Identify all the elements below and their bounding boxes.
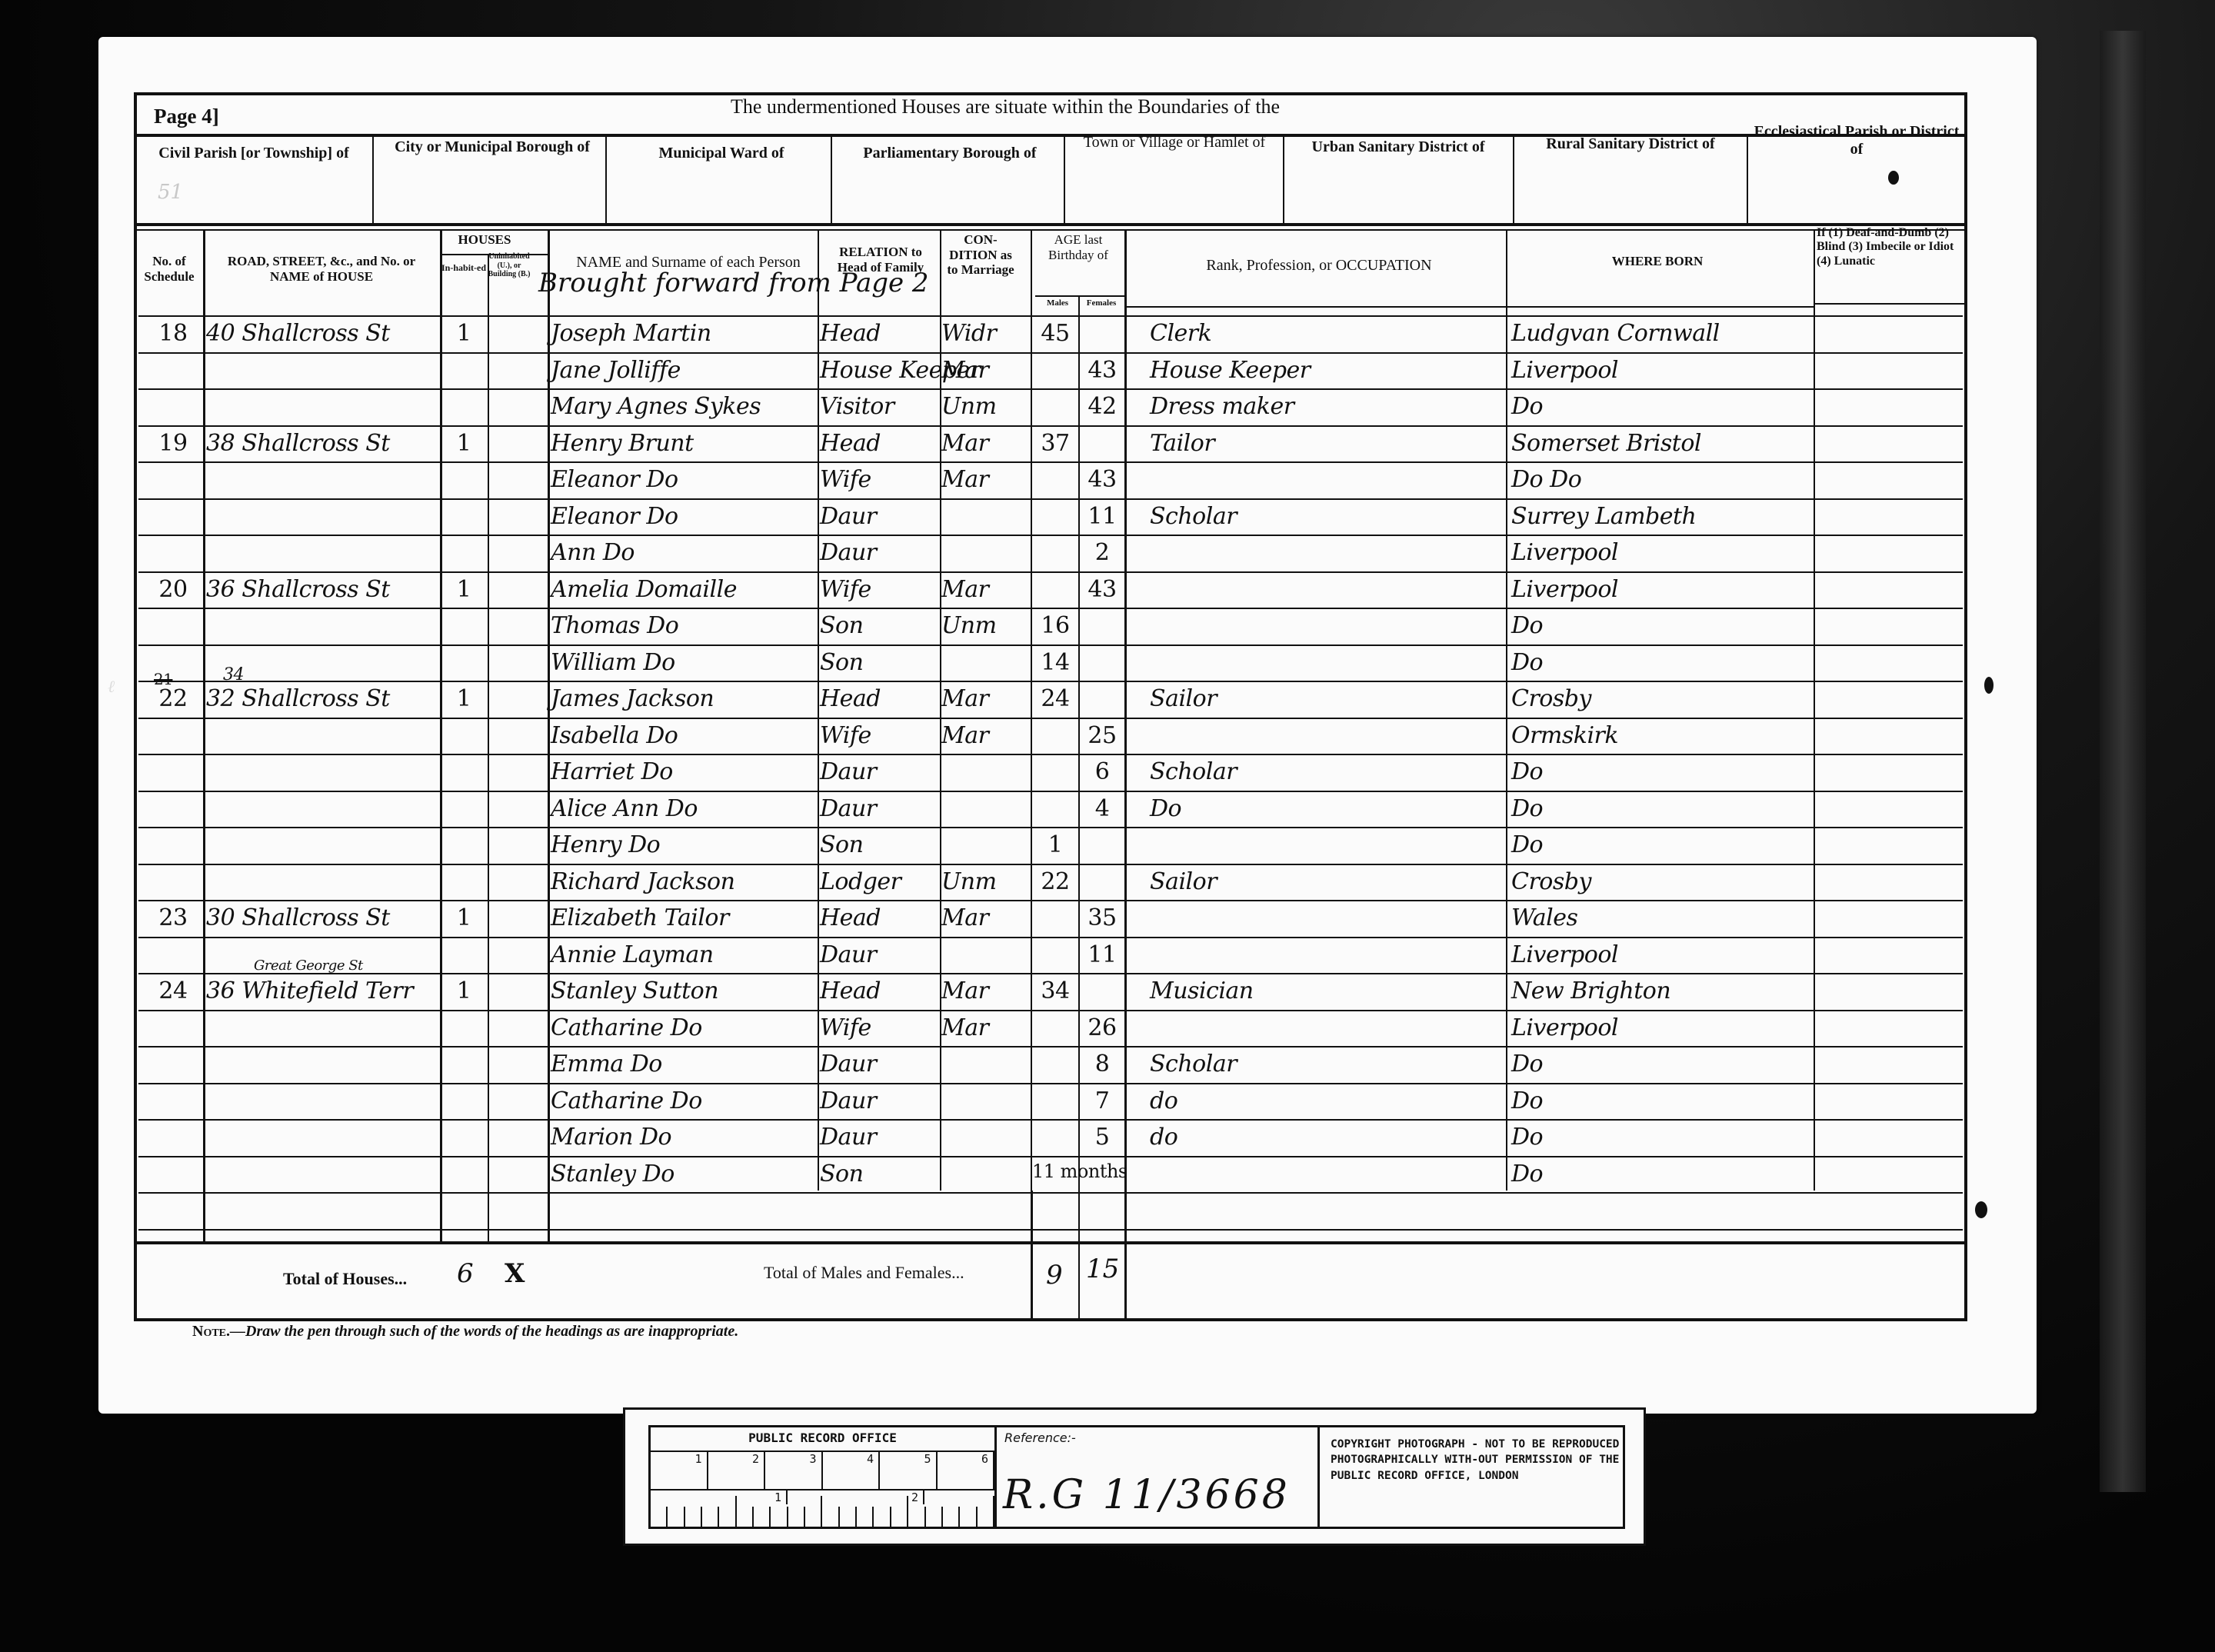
office-name: PUBLIC RECORD OFFICE (651, 1431, 994, 1445)
cell-male-age: 37 (1032, 430, 1078, 457)
admin-civil-parish: Civil Parish [or Township] of (137, 145, 371, 162)
cell-male-age: 24 (1032, 685, 1078, 712)
ruler-tick: 2 (708, 1452, 766, 1489)
cell-inhabited: 1 (441, 320, 486, 347)
cell-condition: Unm (941, 612, 1031, 639)
cell-schedule: 24 (143, 978, 203, 1004)
cell-where-born: Liverpool (1511, 1014, 1811, 1041)
cell-address-correction: 34 (223, 665, 244, 684)
cell-name: Henry Do (551, 831, 816, 858)
cell-condition: Unm (941, 868, 1031, 895)
cell-female-age: 43 (1080, 357, 1124, 384)
cell-relation: Daur (820, 941, 940, 968)
cell-occupation: Sailor (1150, 868, 1504, 895)
cell-name: Ann Do (551, 539, 816, 566)
row-rule (138, 608, 1963, 609)
cell-condition: Unm (941, 393, 1031, 420)
cell-name: Thomas Do (551, 612, 816, 639)
cell-male-age: 22 (1032, 868, 1078, 895)
cell-condition: Mar (941, 430, 1031, 457)
cell-relation: Wife (820, 576, 940, 603)
header-infirmity: If (1) Deaf-and-Dumb (2) Blind (3) Imbec… (1817, 226, 1963, 268)
ink-blot (1888, 171, 1899, 185)
cell-female-age: 35 (1080, 904, 1124, 931)
cell-name: Mary Agnes Sykes (551, 393, 816, 420)
cell-inhabited: 1 (441, 685, 486, 712)
cell-relation: Daur (820, 1087, 940, 1114)
cell-inhabited: 1 (441, 576, 486, 603)
ruler-tick: 6 (938, 1452, 995, 1489)
admin-ecclesiastical: Ecclesiastical Parish or District of (1750, 123, 1963, 158)
cell-male-age: 1 (1032, 831, 1078, 858)
cell-female-age: 6 (1080, 758, 1124, 785)
cell-address: 32 Shallcross St (206, 685, 437, 712)
cell-where-born: Liverpool (1511, 941, 1811, 968)
brought-forward-note: Brought forward from Page 2 (538, 268, 929, 298)
cell-name: Jane Jolliffe (551, 357, 816, 384)
cell-occupation: Dress maker (1150, 393, 1504, 420)
header-occupation: Rank, Profession, or OCCUPATION (1131, 257, 1507, 275)
cell-occupation: Do (1150, 795, 1504, 822)
cell-relation: Wife (820, 1014, 940, 1041)
ink-blot (1975, 1201, 1987, 1218)
cell-inhabited: 1 (441, 430, 486, 457)
rule (372, 135, 374, 223)
total-houses-uninhabited: X (505, 1258, 525, 1289)
row-rule (138, 937, 1963, 938)
cell-relation: House Keeper (820, 357, 940, 384)
header-males: Males (1037, 298, 1078, 308)
header-age: AGE last Birthday of (1035, 232, 1121, 262)
cell-where-born: Do (1511, 758, 1811, 785)
cell-where-born: Do (1511, 393, 1811, 420)
cell-occupation: Scholar (1150, 758, 1504, 785)
reference-box: Reference:- R.G 11/3668 (997, 1427, 1320, 1527)
scan-edge-stripe (2100, 31, 2146, 1492)
cell-address: 36 Shallcross St (206, 576, 437, 603)
cell-name: Stanley Sutton (551, 978, 816, 1004)
row-rule (138, 388, 1963, 390)
cell-female-age: 2 (1080, 539, 1124, 566)
row-rule (138, 1083, 1963, 1084)
cell-occupation: Musician (1150, 978, 1504, 1004)
cell-name: Joseph Martin (551, 320, 816, 347)
total-houses-inhabited: 6 (457, 1258, 474, 1289)
row-rule (138, 535, 1963, 536)
header-females: Females (1080, 298, 1123, 308)
cell-name: James Jackson (551, 685, 816, 712)
cell-relation: Son (820, 612, 940, 639)
cell-where-born: Surrey Lambeth (1511, 503, 1811, 530)
cell-condition: Mar (941, 722, 1031, 749)
cell-name: Annie Layman (551, 941, 816, 968)
margin-scribble: ℓ (108, 677, 115, 697)
ink-blot (1984, 677, 1993, 694)
cell-condition: Widr (941, 320, 1031, 347)
cell-address-correction: Great George St (254, 958, 363, 974)
ruler-row-top: 1 2 3 4 5 6 (651, 1450, 994, 1489)
cell-where-born: Ludgvan Cornwall (1511, 320, 1811, 347)
admin-rural-sanitary: Rural Sanitary District of (1517, 135, 1744, 153)
cell-condition: Mar (941, 1014, 1031, 1041)
cell-name: Catharine Do (551, 1087, 816, 1114)
row-rule (138, 425, 1963, 427)
ruler: PUBLIC RECORD OFFICE 1 2 3 4 5 6 1 2 (651, 1427, 997, 1527)
admin-urban-sanitary: Urban Sanitary District of (1286, 138, 1511, 156)
cell-female-age: 25 (1080, 722, 1124, 749)
cell-male-age: 45 (1032, 320, 1078, 347)
cell-where-born: Wales (1511, 904, 1811, 931)
cell-name: Catharine Do (551, 1014, 816, 1041)
rule (1513, 135, 1514, 223)
note-prefix: Note. (192, 1323, 230, 1340)
cell-relation: Head (820, 320, 940, 347)
row-rule (138, 681, 1963, 682)
rule (548, 229, 550, 1244)
cell-address: 36 Whitefield Terr (206, 978, 437, 1004)
cell-name: Isabella Do (551, 722, 816, 749)
row-rule (138, 498, 1963, 500)
cell-occupation: Sailor (1150, 685, 1504, 712)
admin-town-village: Town or Village or Hamlet of (1069, 134, 1280, 152)
archive-label: PUBLIC RECORD OFFICE 1 2 3 4 5 6 1 2 Ref… (623, 1407, 1646, 1546)
reference-value: R.G 11/3668 (1003, 1472, 1291, 1518)
cell-relation: Head (820, 685, 940, 712)
cell-relation: Wife (820, 722, 940, 749)
total-females: 15 (1086, 1254, 1119, 1284)
cell-where-born: Liverpool (1511, 357, 1811, 384)
cell-female-age: 42 (1080, 393, 1124, 420)
cell-where-born: Do Do (1511, 466, 1811, 493)
cell-where-born: Do (1511, 1161, 1811, 1187)
cell-where-born: Crosby (1511, 868, 1811, 895)
copyright-notice: COPYRIGHT PHOTOGRAPH - NOT TO BE REPRODU… (1331, 1437, 1623, 1484)
cell-occupation: Scholar (1150, 503, 1504, 530)
cell-where-born: Liverpool (1511, 576, 1811, 603)
cell-relation: Son (820, 649, 940, 676)
cell-occupation: Scholar (1150, 1051, 1504, 1077)
row-rule (138, 644, 1963, 646)
cell-occupation: Clerk (1150, 320, 1504, 347)
rule (134, 223, 1967, 226)
cell-where-born: Do (1511, 649, 1811, 676)
cell-occupation: Tailor (1150, 430, 1504, 457)
cell-condition: Mar (941, 904, 1031, 931)
row-rule (138, 1119, 1963, 1121)
row-rule (138, 1156, 1963, 1157)
cell-condition: Mar (941, 466, 1031, 493)
rule (440, 254, 548, 255)
cell-inhabited: 1 (441, 978, 486, 1004)
cell-where-born: Do (1511, 795, 1811, 822)
row-rule (138, 461, 1963, 463)
archive-label-inner: PUBLIC RECORD OFFICE 1 2 3 4 5 6 1 2 Ref… (648, 1425, 1625, 1529)
cell-occupation: do (1150, 1124, 1504, 1151)
cell-where-born: Do (1511, 831, 1811, 858)
rule (1814, 303, 1964, 305)
header-inhabited: In-habit-ed (441, 263, 486, 274)
cell-name: Richard Jackson (551, 868, 816, 895)
header-road: ROAD, STREET, &c., and No. or NAME of HO… (206, 254, 437, 284)
cell-female-age: 43 (1080, 466, 1124, 493)
cell-where-born: Do (1511, 1051, 1811, 1077)
boundaries-title: The undermentioned Houses are situate wi… (731, 95, 1280, 118)
cell-name: Henry Brunt (551, 430, 816, 457)
total-houses-label: Total of Houses... (283, 1269, 407, 1289)
cell-relation: Head (820, 978, 940, 1004)
faded-folio-mark: 51 (158, 181, 183, 204)
row-rule (138, 1046, 1963, 1047)
rule (1283, 135, 1284, 223)
cell-name: Eleanor Do (551, 466, 816, 493)
cell-schedule: 23 (143, 904, 203, 931)
cell-name: Emma Do (551, 1051, 816, 1077)
cell-where-born: New Brighton (1511, 978, 1811, 1004)
row-rule (138, 1229, 1963, 1231)
ruler-mm-ticks (651, 1496, 994, 1527)
cell-male-age: 11 months (1032, 1161, 1132, 1182)
cell-relation: Lodger (820, 868, 940, 895)
header-schedule: No. of Schedule (138, 254, 200, 284)
cell-schedule: 22 (143, 685, 203, 712)
rule (1506, 306, 1814, 308)
cell-female-age: 5 (1080, 1124, 1124, 1151)
row-rule (138, 900, 1963, 901)
cell-schedule: 20 (143, 576, 203, 603)
cell-relation: Daur (820, 1051, 940, 1077)
header-where-born: WHERE BORN (1507, 254, 1807, 269)
cell-name: Amelia Domaille (551, 576, 816, 603)
page-number: Page 4] (154, 105, 219, 128)
row-rule (138, 1192, 1963, 1194)
cell-name: Stanley Do (551, 1161, 816, 1187)
header-condition: CON-DITION as to Marriage (946, 232, 1015, 278)
row-rule (138, 754, 1963, 755)
cell-where-born: Do (1511, 1087, 1811, 1114)
row-rule (138, 864, 1963, 865)
header-houses: HOUSES (438, 232, 531, 248)
header-uninhabited: Uninhabited (U.), or Building (B.) (488, 252, 531, 279)
row-rule (138, 791, 1963, 792)
cell-schedule: 18 (143, 320, 203, 347)
cell-relation: Daur (820, 539, 940, 566)
rule (1064, 135, 1065, 223)
cell-where-born: Liverpool (1511, 539, 1811, 566)
row-rule (138, 352, 1963, 354)
rule (1124, 229, 1127, 1321)
row-rule (138, 827, 1963, 828)
cell-female-age: 11 (1080, 503, 1124, 530)
cell-where-born: Ormskirk (1511, 722, 1811, 749)
cell-relation: Head (820, 904, 940, 931)
cell-relation: Daur (820, 1124, 940, 1151)
row-rule (138, 315, 1963, 317)
cell-male-age: 16 (1032, 612, 1078, 639)
cell-condition: Mar (941, 576, 1031, 603)
admin-municipal-borough: City or Municipal Borough of (385, 138, 600, 156)
cell-occupation: House Keeper (1150, 357, 1504, 384)
rule (134, 229, 1967, 231)
rule (1035, 295, 1124, 297)
cell-relation: Daur (820, 795, 940, 822)
rule (1031, 1191, 1033, 1321)
cell-name: Eleanor Do (551, 503, 816, 530)
cell-condition: Mar (941, 357, 1031, 384)
cell-name: Harriet Do (551, 758, 816, 785)
cell-female-age: 8 (1080, 1051, 1124, 1077)
cell-relation: Son (820, 1161, 940, 1187)
cell-address: 30 Shallcross St (206, 904, 437, 931)
cell-name: Alice Ann Do (551, 795, 816, 822)
rule (134, 1241, 1967, 1244)
cell-address: 38 Shallcross St (206, 430, 437, 457)
cell-male-age: 34 (1032, 978, 1078, 1004)
cell-where-born: Somerset Bristol (1511, 430, 1811, 457)
cell-relation: Visitor (820, 393, 940, 420)
total-persons-label: Total of Males and Females... (764, 1263, 964, 1283)
reference-label: Reference:- (1004, 1431, 1076, 1445)
row-rule (138, 973, 1963, 974)
form-note: Note.—Draw the pen through such of the w… (192, 1323, 738, 1341)
row-rule (138, 718, 1963, 719)
admin-parliamentary-borough: Parliamentary Borough of (838, 145, 1061, 162)
rule (1124, 306, 1506, 308)
rule (488, 254, 489, 1244)
rule (203, 229, 205, 1243)
cell-female-age: 11 (1080, 941, 1124, 968)
cell-name: William Do (551, 649, 816, 676)
cell-inhabited: 1 (441, 904, 486, 931)
cell-relation: Daur (820, 503, 940, 530)
row-rule (138, 1010, 1963, 1011)
cell-occupation: do (1150, 1087, 1504, 1114)
rule (440, 229, 442, 1244)
admin-municipal-ward: Municipal Ward of (615, 145, 828, 162)
ruler-tick: 3 (765, 1452, 823, 1489)
cell-where-born: Crosby (1511, 685, 1811, 712)
total-males: 9 (1046, 1260, 1063, 1291)
cell-address: 40 Shallcross St (206, 320, 437, 347)
cell-schedule: 19 (143, 430, 203, 457)
cell-schedule-struck: 21 (154, 670, 172, 688)
cell-relation: Wife (820, 466, 940, 493)
ruler-tick: 1 (651, 1452, 708, 1489)
rule (1747, 135, 1748, 223)
cell-female-age: 26 (1080, 1014, 1124, 1041)
cell-condition: Mar (941, 978, 1031, 1004)
cell-name: Marion Do (551, 1124, 816, 1151)
cell-where-born: Do (1511, 1124, 1811, 1151)
cell-relation: Head (820, 430, 940, 457)
cell-female-age: 43 (1080, 576, 1124, 603)
rule (831, 135, 832, 223)
cell-female-age: 4 (1080, 795, 1124, 822)
cell-where-born: Do (1511, 612, 1811, 639)
ruler-tick: 5 (880, 1452, 938, 1489)
ruler-tick: 4 (823, 1452, 881, 1489)
cell-name: Elizabeth Tailor (551, 904, 816, 931)
note-text: —Draw the pen through such of the words … (230, 1323, 738, 1340)
cell-female-age: 7 (1080, 1087, 1124, 1114)
cell-condition: Mar (941, 685, 1031, 712)
cell-relation: Daur (820, 758, 940, 785)
row-rule (138, 571, 1963, 573)
cell-relation: Son (820, 831, 940, 858)
cell-male-age: 14 (1032, 649, 1078, 676)
rule (605, 135, 607, 223)
